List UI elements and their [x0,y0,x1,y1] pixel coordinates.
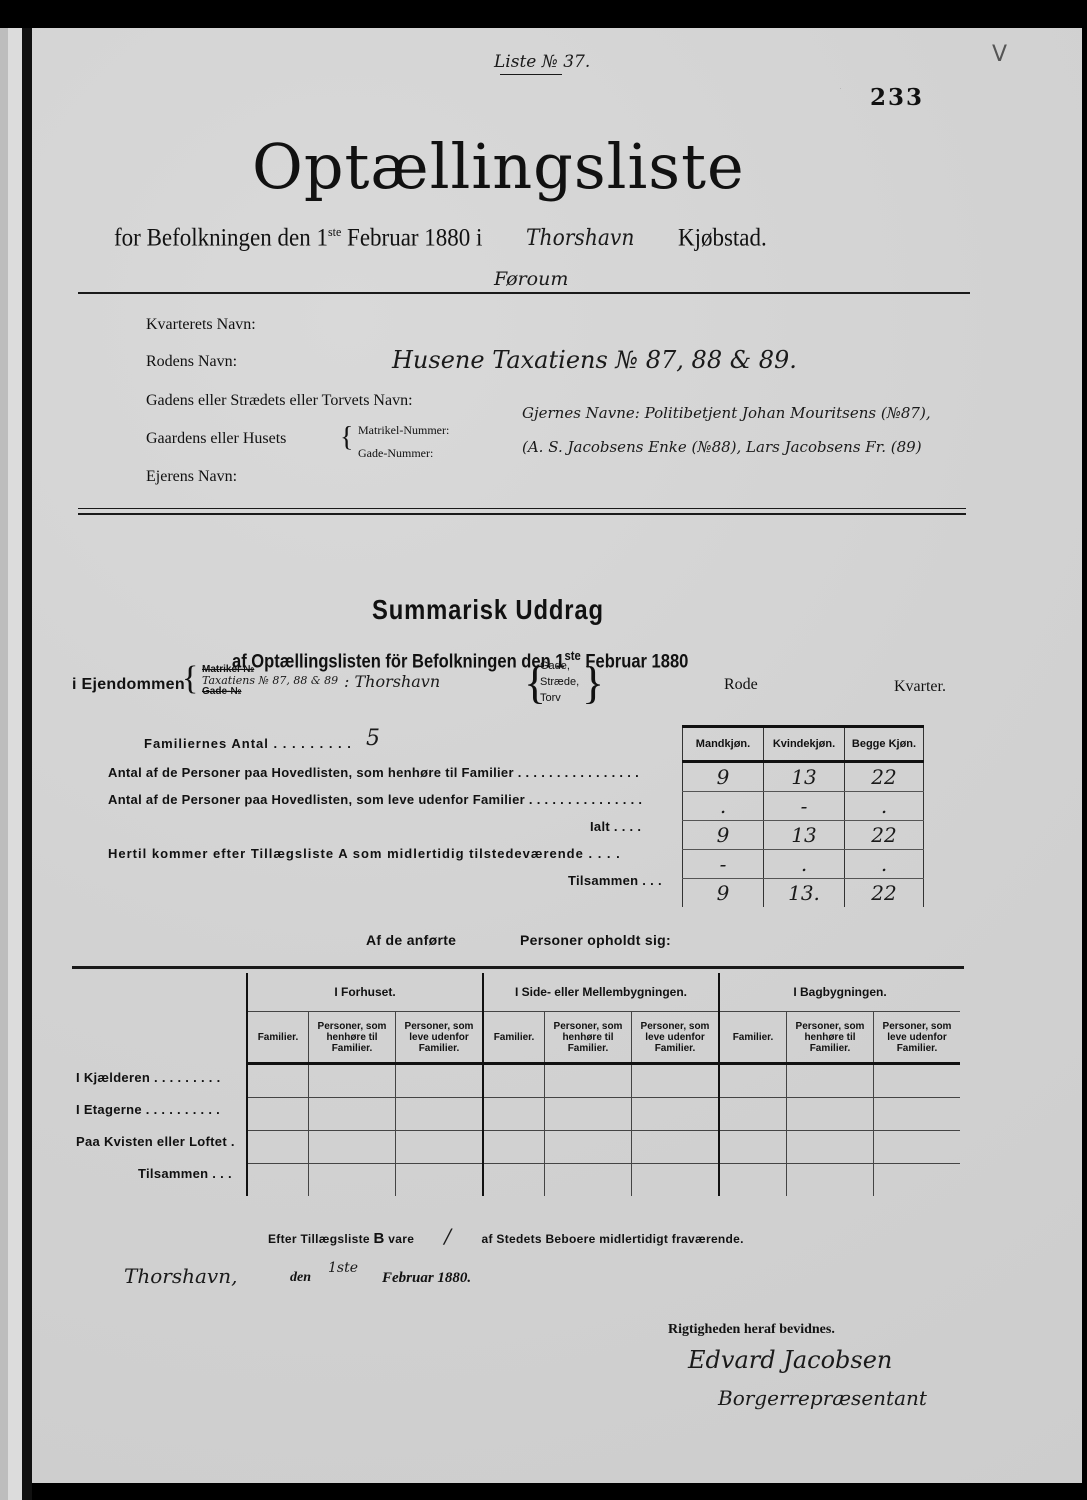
table-row: 9 13 22 [683,821,924,850]
table-row: . - . [683,792,924,821]
col-begge: Begge Kjøn. [845,727,924,762]
summary-subtitle: af Optællingslisten för Befolkningen den… [232,648,688,673]
scan-edge-light [0,28,8,1500]
summary-row-label-5: Tilsammen . . . [568,873,662,888]
col-mandkjon: Mandkjøn. [683,727,764,762]
residence-top-rule [72,966,964,969]
residence-intro-right: Personer opholdt sig: [520,932,671,948]
table-row [247,1131,960,1164]
residence-row-label-3: Paa Kvisten eller Loftet . [76,1134,235,1149]
families-value: 5 [366,726,380,751]
corner-mark: V [992,42,1007,67]
property-town-handwritten: : Thorshavn [344,672,440,691]
summary-title: Summarisk Uddrag [372,594,604,626]
date-den: den [290,1270,311,1286]
table-row: 9 13 22 [683,762,924,792]
property-label: i Ejendommen [72,676,185,694]
field-gaard-value: (A. S. Jacobsens Enke (№88), Lars Jacobs… [522,438,922,456]
page-subtitle: for Befolkningen den 1ste Februar 1880 i… [114,224,767,252]
scan-edge-paper [8,28,22,1500]
list-number-underline [500,74,562,75]
summary-row-label-4: Hertil kommer efter Tillægsliste A som m… [108,846,621,861]
table-row [247,1064,960,1098]
field-kvarter-label: Kvarterets Navn: [146,316,256,334]
field-rode-label: Rodens Navn: [146,353,237,371]
street-types: Gade, Stræde, Torv [540,658,579,706]
field-rode-value: Husene Taxatiens № 87, 88 & 89. [392,346,797,374]
group-forhuset: I Forhuset. [247,973,483,1012]
signature: Edvard Jacobsen [688,1346,892,1374]
scan-edge-shadow [22,28,32,1500]
list-number: Liste № 37. [494,52,590,72]
page-number: 233 [870,84,924,111]
families-label: Familiernes Antal . . . . . . . . . [144,736,352,751]
residence-row-label-4: Tilsammen . . . [138,1166,232,1181]
absent-value: / [418,1224,478,1248]
residence-table: I Forhuset. I Side- eller Mellembygninge… [246,973,960,1196]
table-row [247,1098,960,1131]
absent-line: Efter Tillægsliste B vare / af Stedets B… [268,1224,744,1248]
field-ejer-label: Ejerens Navn: [146,468,237,486]
kvarter-label: Kvarter. [894,678,946,696]
date-month-year: Februar 1880. [382,1270,471,1287]
field-gade-value: Gjernes Navne: Politibetjent Johan Mouri… [522,404,931,422]
residence-row-label-1: I Kjælderen . . . . . . . . . [76,1070,221,1085]
summary-row-label-1: Antal af de Personer paa Hovedlisten, so… [108,765,639,780]
signature-title: Borgerrepræsentant [718,1386,927,1410]
summary-row-label-3: Ialt . . . . [590,819,641,834]
residence-intro-left: Af de anførte [366,932,456,948]
table-row: - . . [683,850,924,879]
header-rule [78,292,970,294]
rode-label: Rode [724,676,758,694]
group-side: I Side- eller Mellembygningen. [483,973,719,1012]
page-title: Optællingsliste [252,130,745,203]
field-gadenr-label: Gade-Nummer: [358,446,433,461]
below-town-handwritten: Føroum [494,268,568,290]
field-gade-label: Gadens eller Strædets eller Torvets Navn… [146,392,413,410]
summary-row-label-2: Antal af de Personer paa Hovedlisten, so… [108,792,642,807]
double-rule-top [78,508,966,509]
double-rule-bottom [78,513,966,515]
field-gaard-label: Gaardens eller Husets [146,430,286,448]
census-form-page: Liste № 37. · 233 V Optællingsliste for … [32,28,1082,1483]
table-row [247,1164,960,1197]
date-day-handwritten: 1ste [328,1260,358,1276]
table-row: 9 13. 22 [683,879,924,908]
struck-gade: Gade-№ [202,686,242,697]
town-handwritten: Thorshavn [488,226,672,251]
field-matrikel-label: Matrikel-Nummer: [358,423,449,438]
residence-row-label-2: I Etagerne . . . . . . . . . . [76,1102,220,1117]
place-handwritten: Thorshavn, [124,1264,237,1288]
certify-text: Rigtigheden heraf bevidnes. [668,1322,835,1338]
group-bag: I Bagbygningen. [719,973,960,1012]
col-kvindekjon: Kvindekjøn. [764,727,845,762]
summary-gender-table: Mandkjøn. Kvindekjøn. Begge Kjøn. 9 13 2… [682,725,924,907]
